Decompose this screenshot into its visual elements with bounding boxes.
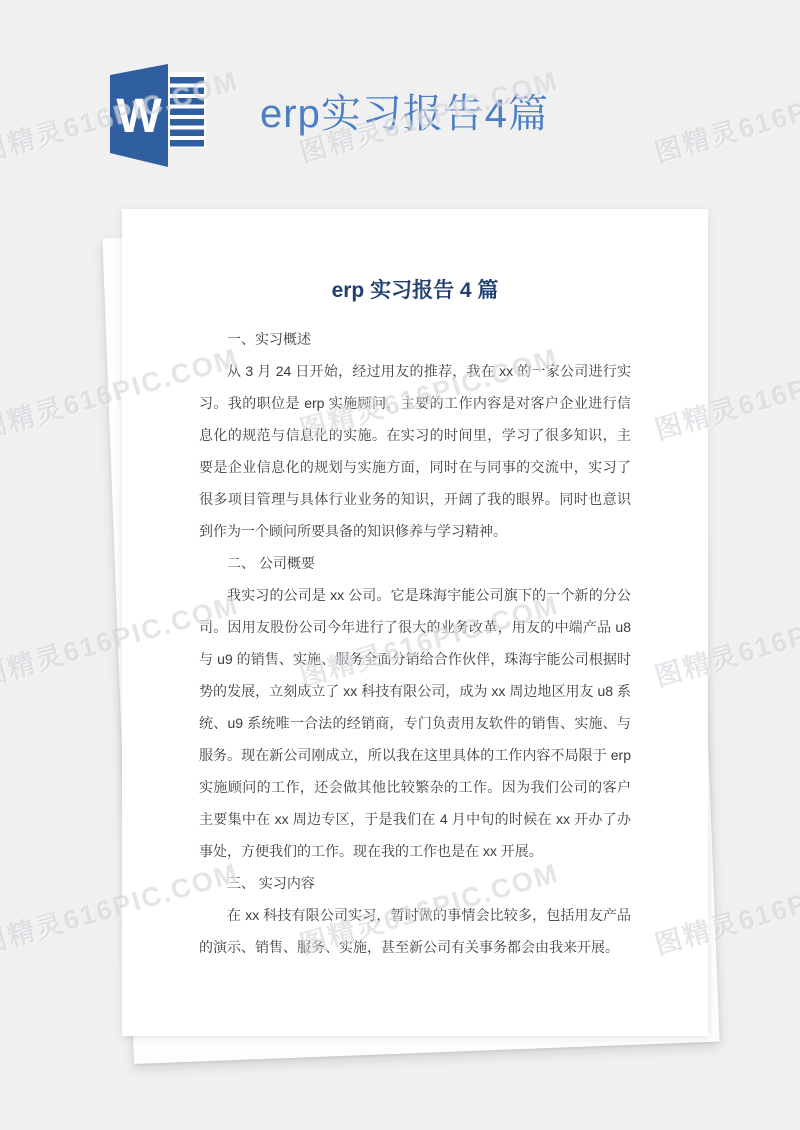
page-title: erp实习报告4篇 xyxy=(260,90,549,138)
section-heading: 一、实习概述 xyxy=(199,323,631,355)
word-icon-graphic: W xyxy=(110,64,208,168)
document-title: erp 实习报告 4 篇 xyxy=(199,275,631,307)
screenshot-canvas: W erp实习报告4篇 erp 实习报告 4 篇 一、实习概述从 3 月 24 … xyxy=(0,0,800,1130)
paragraph: 在 xx 科技有限公司实习，暂时做的事情会比较多，包括用友产品的演示、销售、服务… xyxy=(199,899,631,963)
word-icon-letter: W xyxy=(116,90,162,143)
paper-sheet-main: erp 实习报告 4 篇 一、实习概述从 3 月 24 日开始，经过用友的推荐，… xyxy=(122,209,708,1036)
header: W erp实习报告4篇 xyxy=(0,0,800,180)
section-heading: 三、 实习内容 xyxy=(199,867,631,899)
section-heading: 二、 公司概要 xyxy=(199,547,631,579)
document-body: erp 实习报告 4 篇 一、实习概述从 3 月 24 日开始，经过用友的推荐，… xyxy=(122,209,708,963)
paragraph: 从 3 月 24 日开始，经过用友的推荐，我在 xx 的一家公司进行实习。我的职… xyxy=(199,355,631,547)
paragraph: 我实习的公司是 xx 公司。它是珠海宇能公司旗下的一个新的分公司。因用友股份公司… xyxy=(199,579,631,867)
doc-sections: 一、实习概述从 3 月 24 日开始，经过用友的推荐，我在 xx 的一家公司进行… xyxy=(199,323,631,963)
word-icon: W xyxy=(110,64,208,168)
